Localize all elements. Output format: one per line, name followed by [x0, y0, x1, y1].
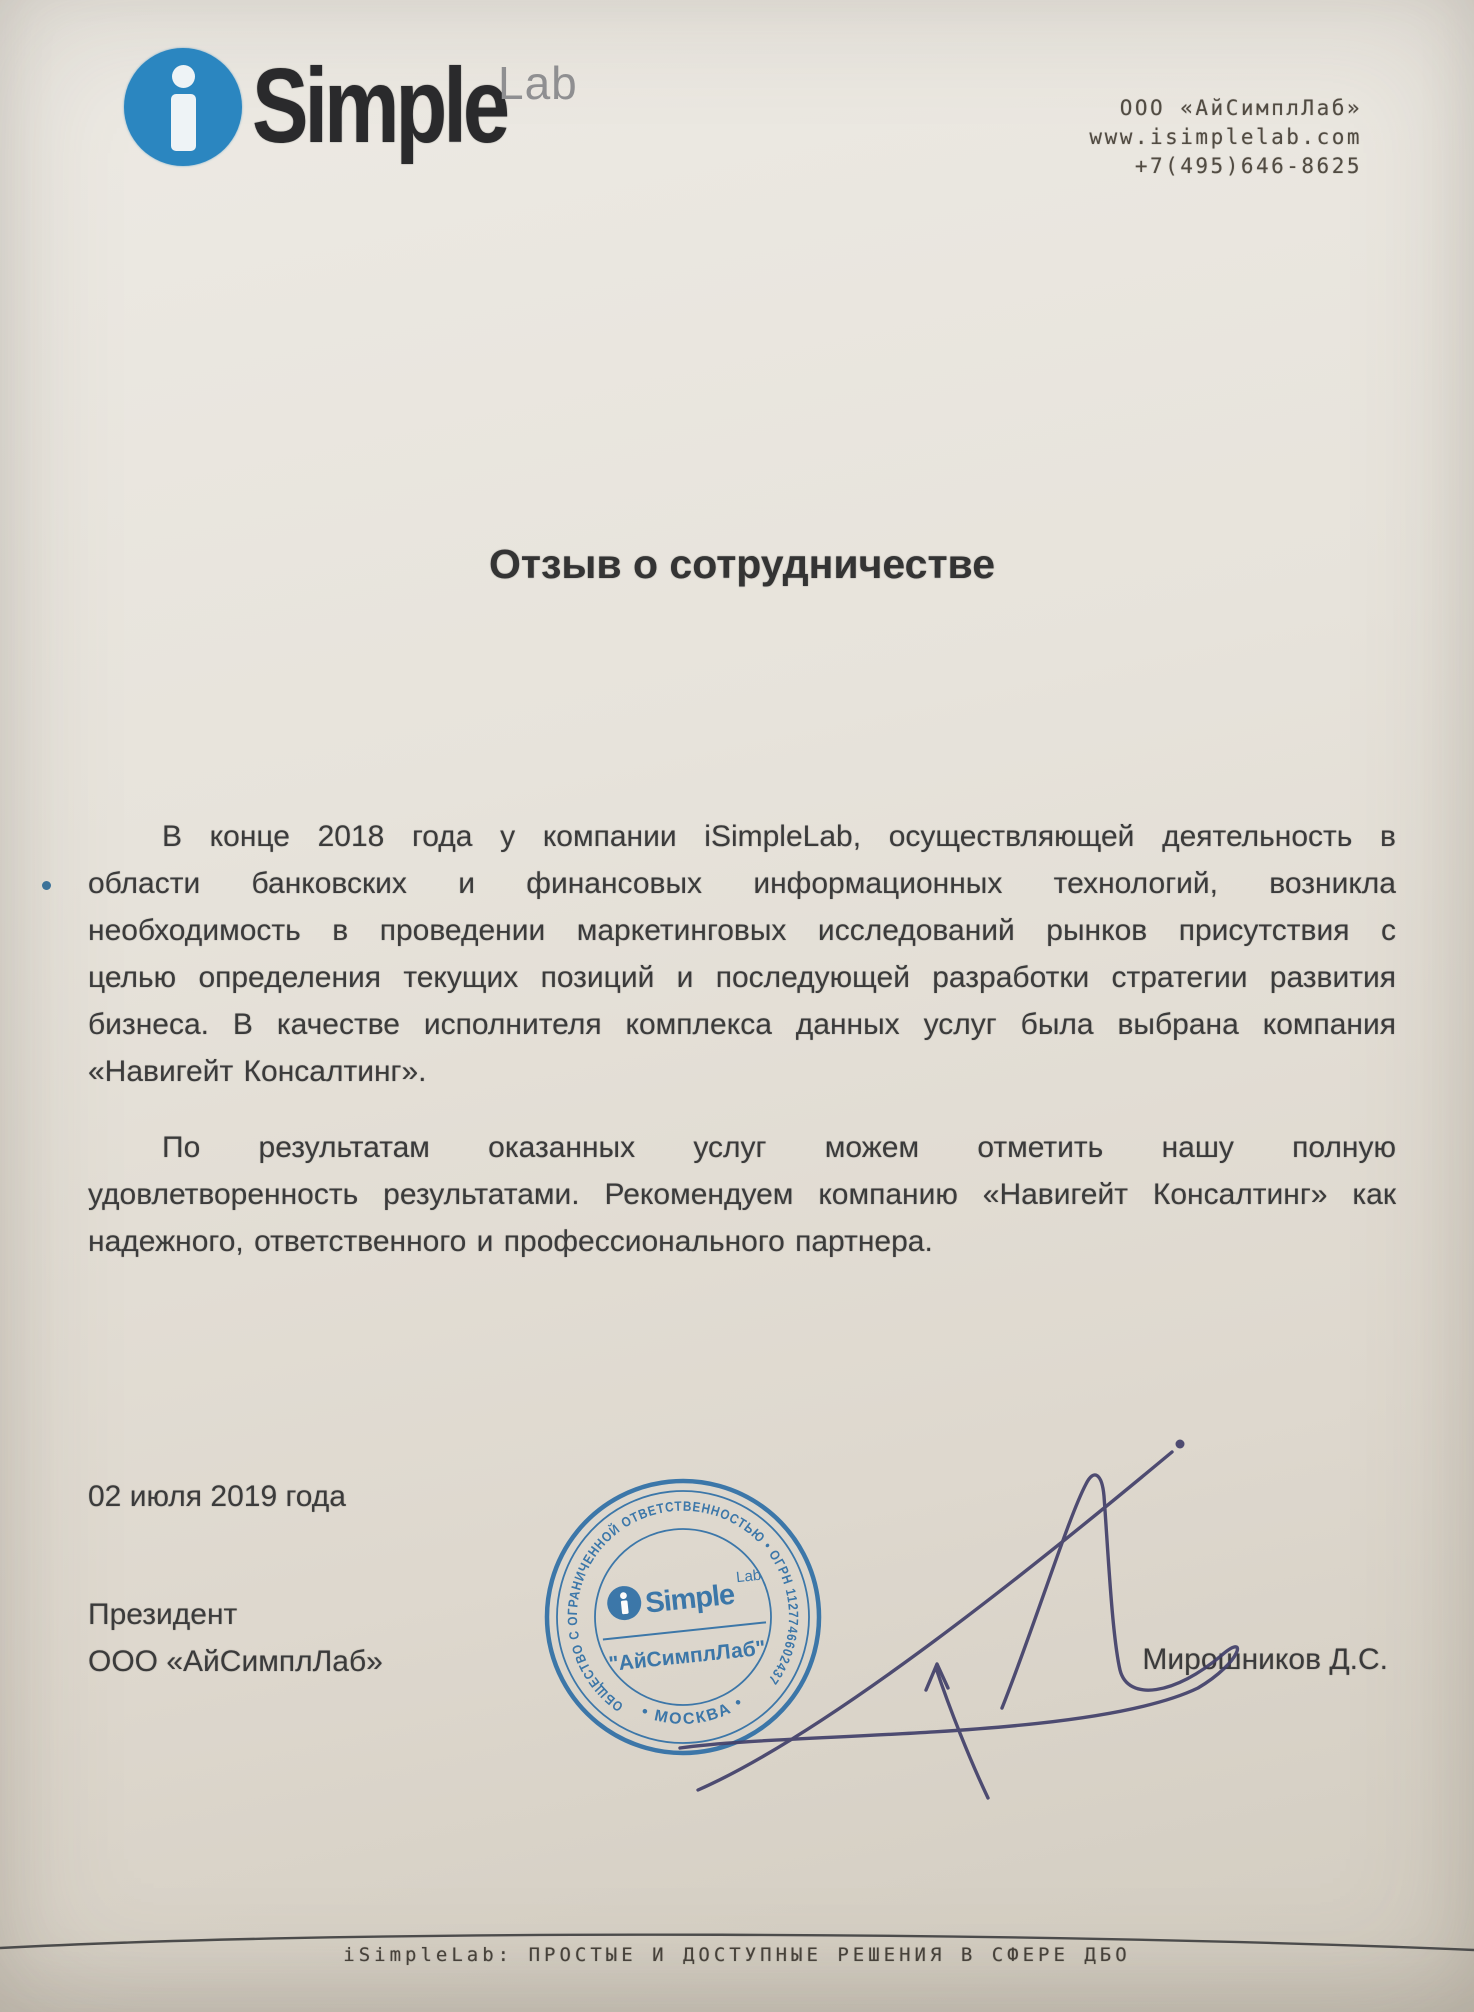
contact-company: ООО «АйСимплЛаб»	[1089, 94, 1362, 123]
signature-stroke-tail	[936, 1668, 988, 1798]
signature	[620, 1400, 1300, 1830]
logo-text-lab: Lab	[498, 56, 578, 110]
signature-arrowhead	[926, 1664, 948, 1690]
signatory-company: ООО «АйСимплЛаб»	[88, 1638, 383, 1685]
contact-phone: +7(495)646-8625	[1089, 152, 1362, 181]
paragraph-2: По результатам оказанных услуг можем отм…	[88, 1124, 1396, 1265]
paragraph-line: удовлетворенность результатами. Рекоменд…	[88, 1171, 1396, 1218]
signatory-block: Президент ООО «АйСимплЛаб»	[88, 1591, 383, 1685]
logo-i-dot	[172, 65, 195, 88]
signature-stroke-loop	[680, 1475, 1237, 1748]
paragraph-line: «Навигейт Консалтинг».	[88, 1048, 1396, 1095]
paragraph-line: бизнеса. В качестве исполнителя комплекс…	[88, 1001, 1396, 1048]
paragraph-line: целью определения текущих позиций и посл…	[88, 954, 1396, 1001]
paragraph-1: В конце 2018 года у компании iSimpleLab,…	[88, 813, 1396, 1095]
signatory-position: Президент	[88, 1591, 383, 1638]
paragraph-line: области банковских и финансовых информац…	[88, 860, 1396, 907]
document-title: Отзыв о сотрудничестве	[88, 541, 1396, 588]
paragraph-line: необходимость в проведении маркетинговых…	[88, 907, 1396, 954]
logo-i-icon	[124, 48, 242, 166]
footer-tagline: iSimpleLab: ПРОСТЫЕ И ДОСТУПНЫЕ РЕШЕНИЯ …	[0, 1944, 1474, 1966]
contact-block: ООО «АйСимплЛаб» www.isimplelab.com +7(4…	[1089, 94, 1362, 181]
paragraph-line: По результатам оказанных услуг можем отм…	[88, 1124, 1396, 1171]
paragraph-line: надежного, ответственного и профессионал…	[88, 1218, 1396, 1265]
ink-dot-artifact	[42, 881, 51, 890]
logo-i-stem	[171, 94, 196, 151]
signature-dot	[1176, 1440, 1185, 1449]
logo-text-simple: Simple	[252, 40, 506, 173]
paragraph-line: В конце 2018 года у компании iSimpleLab,…	[88, 813, 1396, 860]
contact-website: www.isimplelab.com	[1089, 123, 1362, 152]
document-date: 02 июля 2019 года	[88, 1473, 346, 1520]
